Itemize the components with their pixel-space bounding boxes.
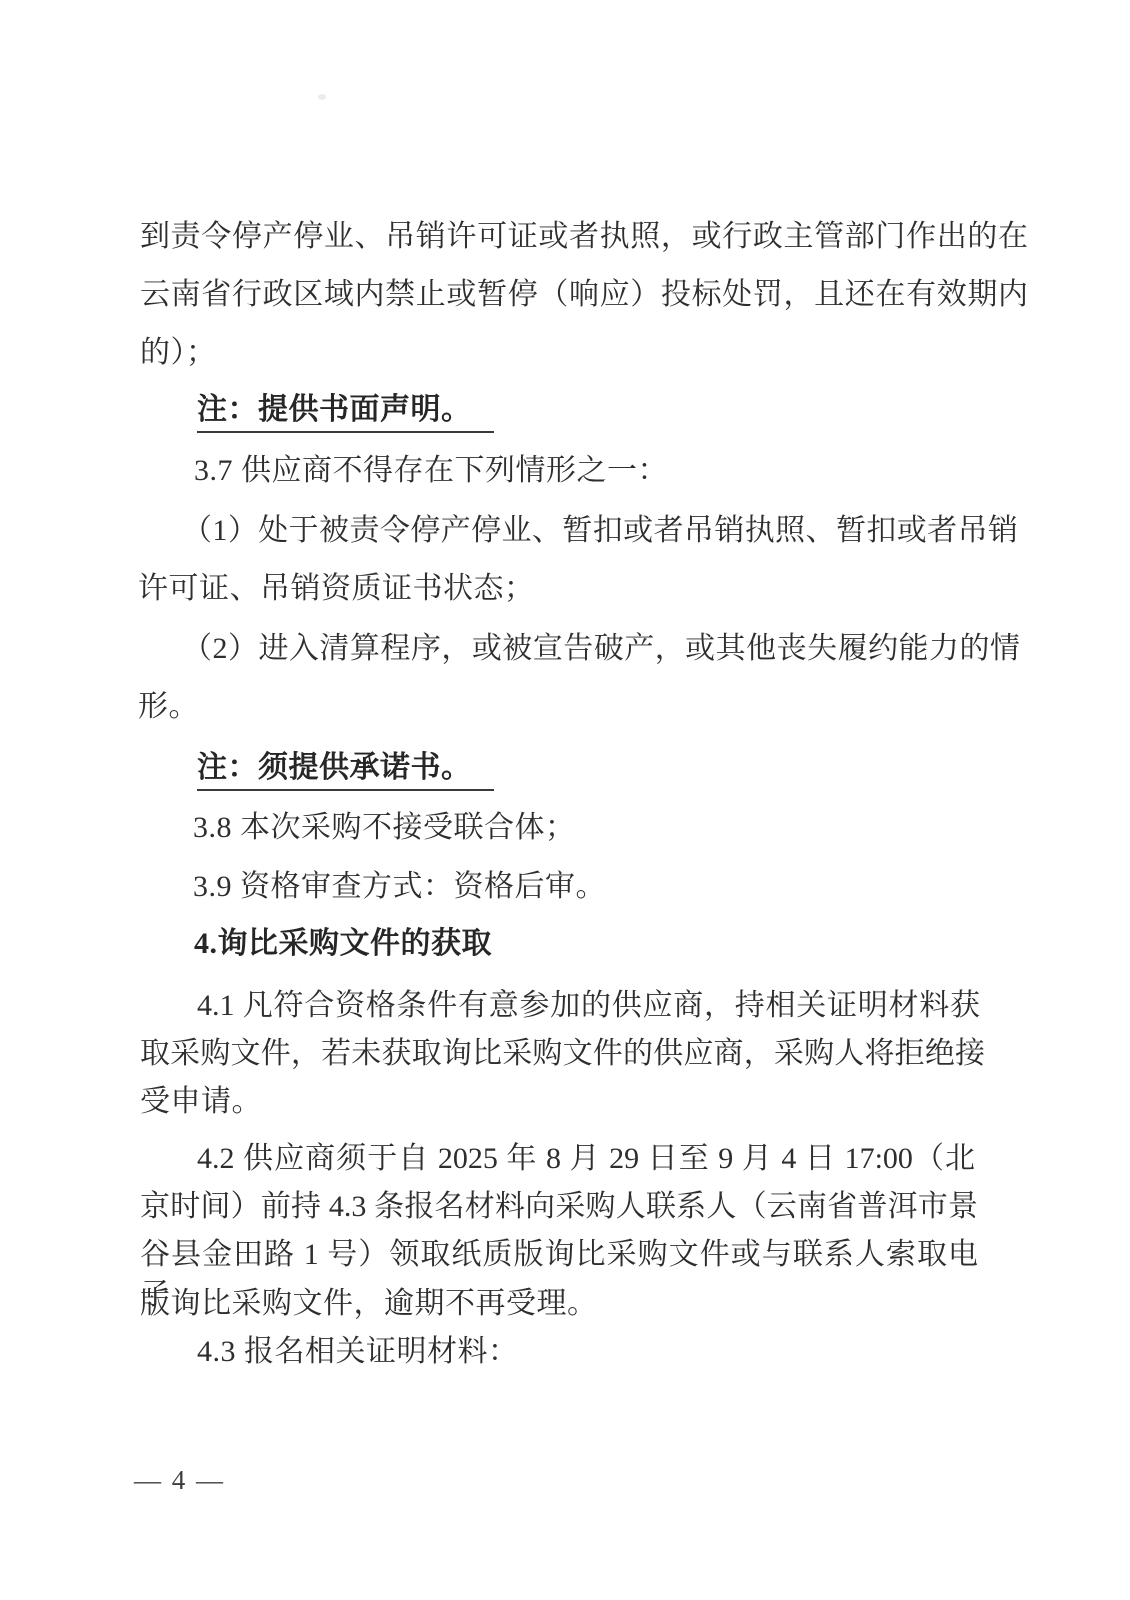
- clause-3-8: 3.8 本次采购不接受联合体；: [193, 808, 576, 848]
- clause-3-7-item-1-line-1: （1）处于被责令停产停业、暂扣或者吊销执照、暂扣或者吊销: [182, 511, 1018, 551]
- clause-3-7-item-1-line-2: 许可证、吊销资质证书状态；: [138, 569, 535, 609]
- clause-paragraph-continuation-line-1: 到责令停产停业、吊销许可证或者执照，或行政主管部门作出的在: [140, 217, 1028, 257]
- clause-3-7-item-2-line-2: 形。: [138, 687, 199, 727]
- clause-paragraph-continuation-line-2: 云南省行政区域内禁止或暂停（响应）投标处罚，且还在有效期内: [140, 275, 1028, 315]
- scan-artifact: [318, 94, 326, 100]
- clause-4-1-line-1: 4.1 凡符合资格条件有意参加的供应商，持相关证明材料获: [197, 986, 980, 1026]
- document-page: 到责令停产停业、吊销许可证或者执照，或行政主管部门作出的在 云南省行政区域内禁止…: [0, 0, 1130, 1600]
- clause-4-1-line-2: 取采购文件，若未获取询比采购文件的供应商，采购人将拒绝接: [140, 1034, 985, 1074]
- section-4-heading: 4.询比采购文件的获取: [194, 924, 492, 964]
- clause-3-9: 3.9 资格审查方式：资格后审。: [193, 867, 606, 907]
- note-commitment-letter: 注：须提供承诺书。: [197, 748, 494, 791]
- clause-3-7-item-2-line-1: （2）进入清算程序，或被宣告破产，或其他丧失履约能力的情: [182, 629, 1020, 669]
- clause-paragraph-end: 的）；: [140, 333, 217, 373]
- note-written-statement: 注：提供书面声明。: [197, 390, 494, 433]
- clause-4-1-line-3: 受申请。: [140, 1082, 262, 1122]
- clause-4-2-line-2: 京时间）前持 4.3 条报名材料向采购人联系人（云南省普洱市景: [140, 1187, 978, 1227]
- page-number: — 4 —: [134, 1465, 225, 1496]
- clause-4-3-heading: 4.3 报名相关证明材料：: [197, 1332, 519, 1372]
- clause-4-2-line-1: 4.2 供应商须于自 2025 年 8 月 29 日至 9 月 4 日 17:0…: [197, 1139, 975, 1179]
- clause-3-7-heading: 3.7 供应商不得存在下列情形之一：: [194, 451, 668, 491]
- clause-4-2-line-4: 版询比采购文件，逾期不再受理。: [140, 1284, 598, 1324]
